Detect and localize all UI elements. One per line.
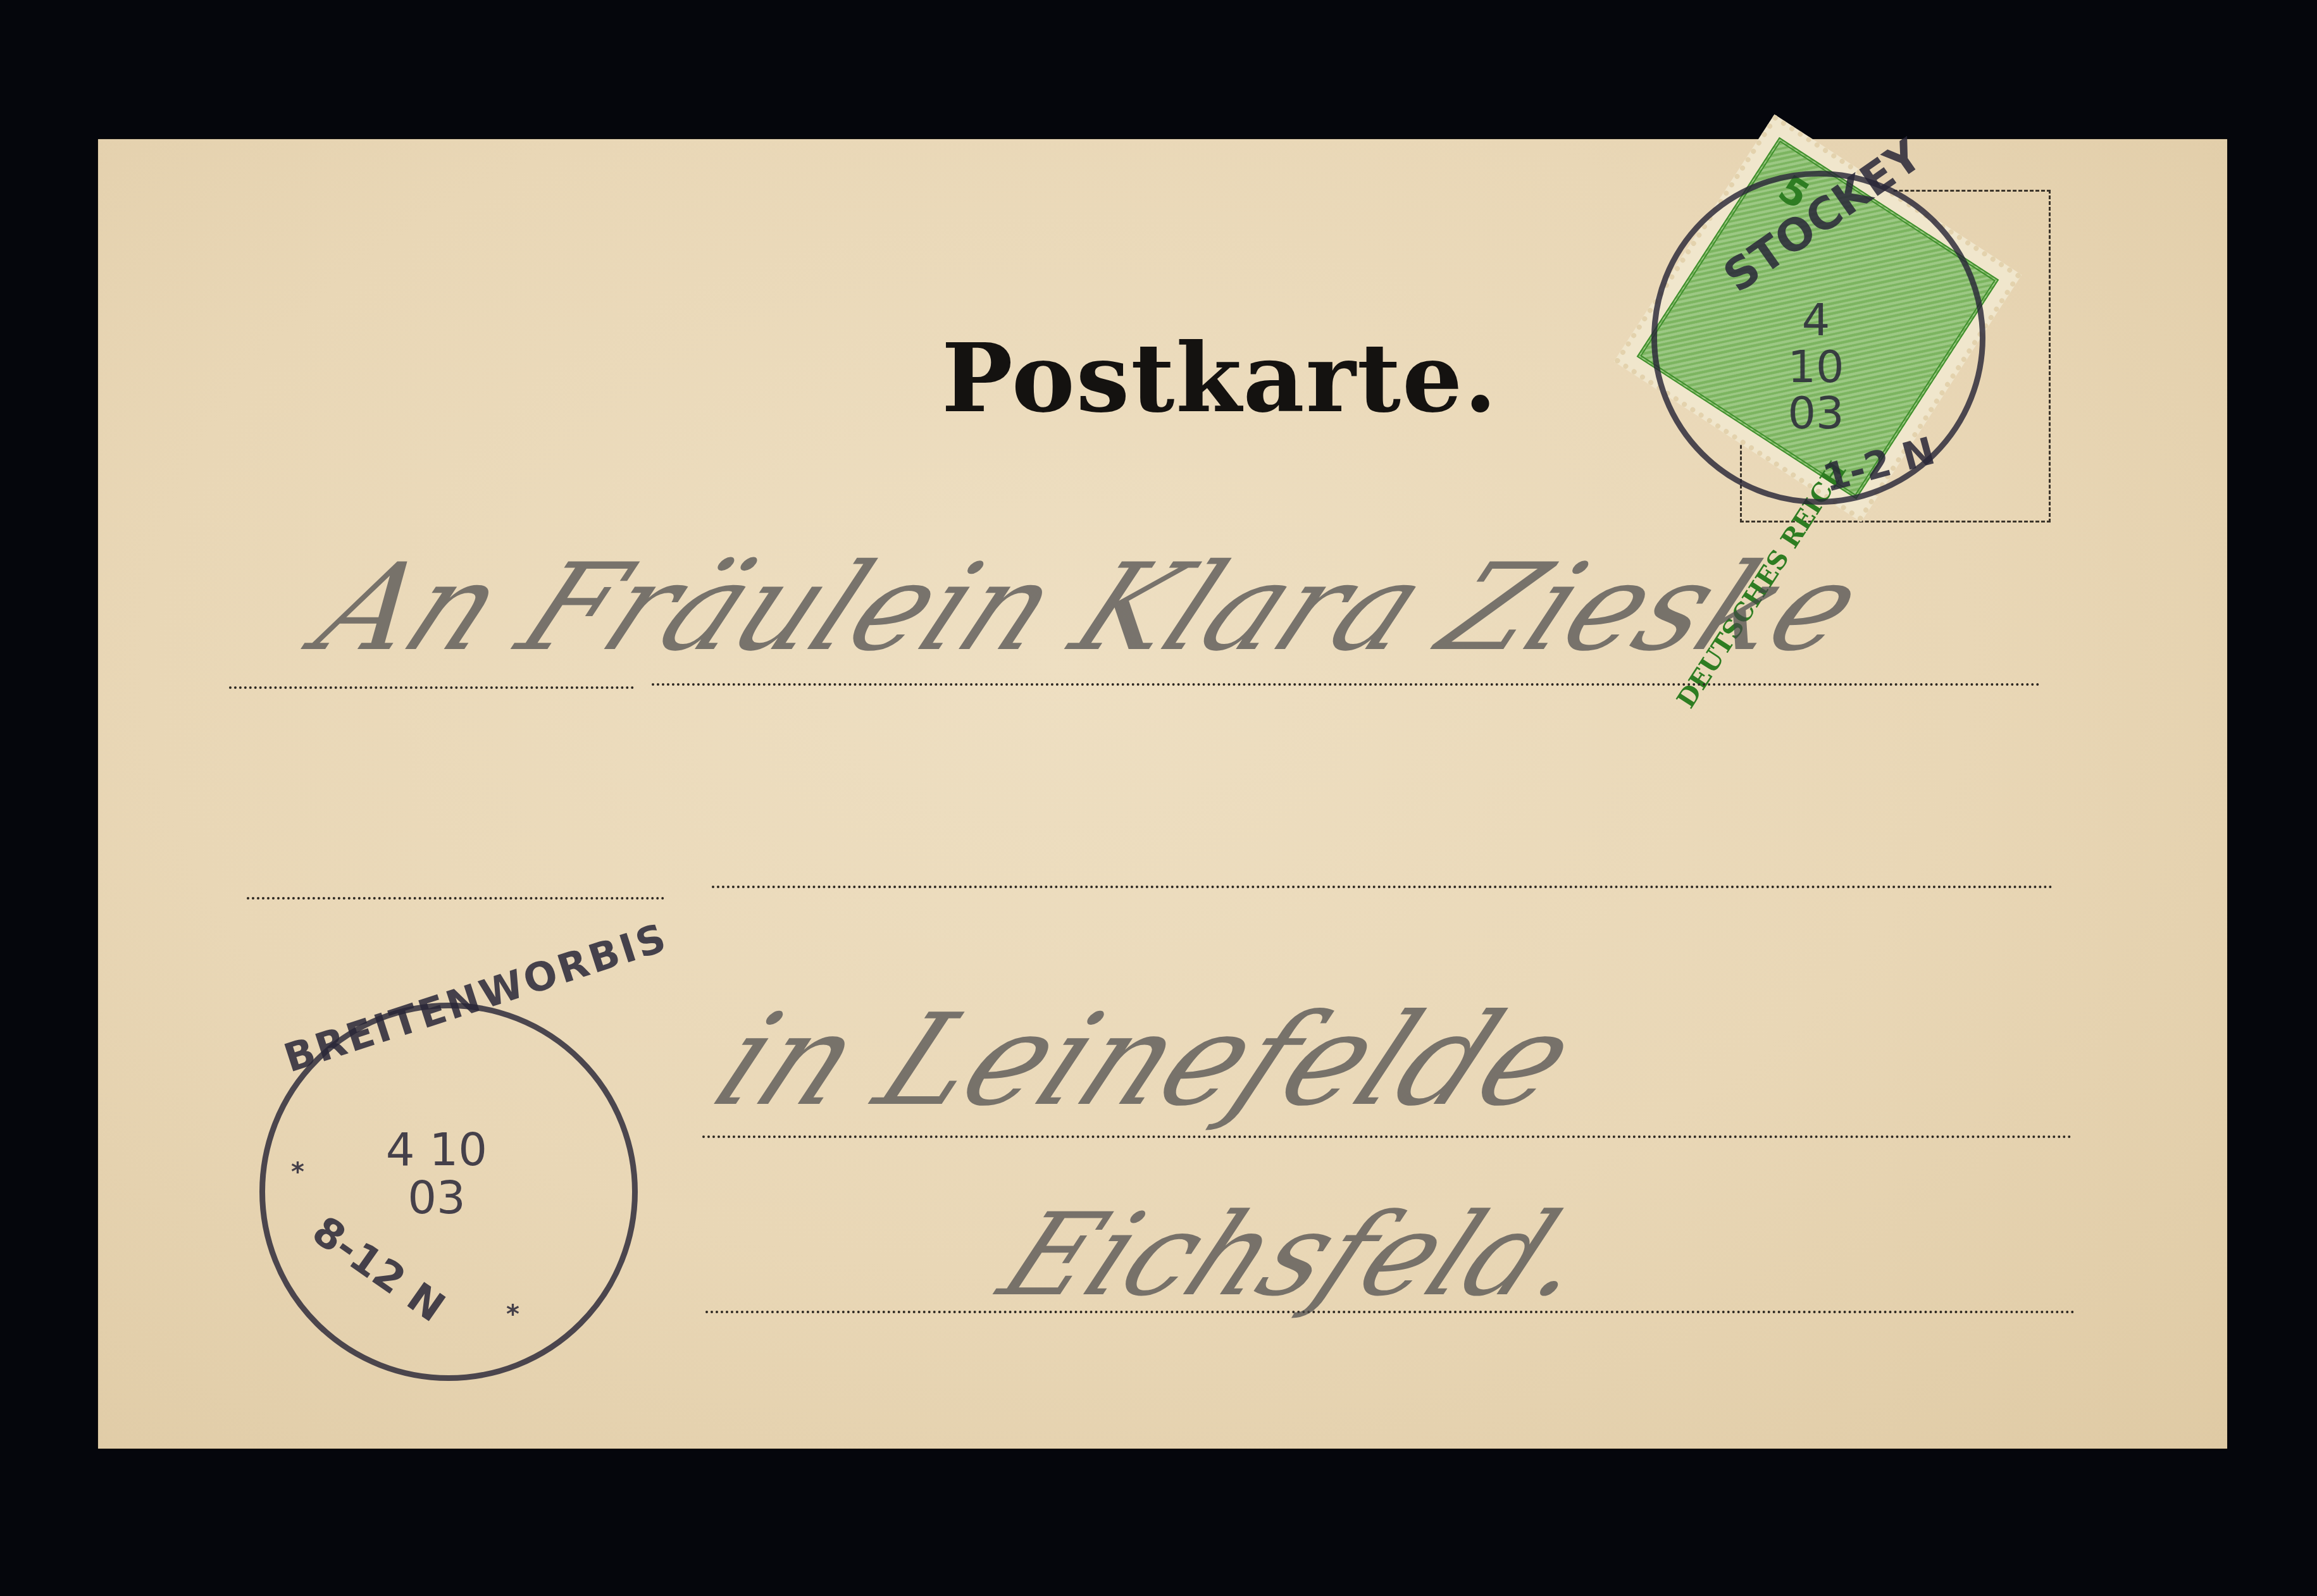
handwritten-town: in Leinefelde <box>693 987 1598 1134</box>
address-line-1b <box>652 683 2041 686</box>
postmark-breitenworbis-date: 4 10 03 <box>380 1126 494 1222</box>
postmark-star-left: * <box>291 1158 304 1187</box>
postcard-title: Postkarte. <box>941 323 1498 434</box>
address-line-1a <box>229 686 634 689</box>
postmark-year: 03 <box>380 1174 494 1222</box>
address-line-3 <box>702 1135 2072 1138</box>
postmark-stockey-date: 4 10 03 <box>1772 297 1860 437</box>
postmark-year: 03 <box>1772 390 1860 437</box>
handwritten-region: Eichsfeld. <box>981 1189 1613 1321</box>
postmark-star-right: * <box>506 1300 519 1329</box>
postmark-month: 10 <box>430 1123 488 1176</box>
postmark-month: 10 <box>1787 341 1844 393</box>
address-line-2b <box>712 886 2053 888</box>
postmark-day: 4 <box>1802 294 1830 346</box>
postmark-day: 4 <box>386 1123 415 1176</box>
handwritten-recipient: An Fräulein Klara Zieske <box>296 538 1884 677</box>
address-line-2a <box>247 897 664 900</box>
